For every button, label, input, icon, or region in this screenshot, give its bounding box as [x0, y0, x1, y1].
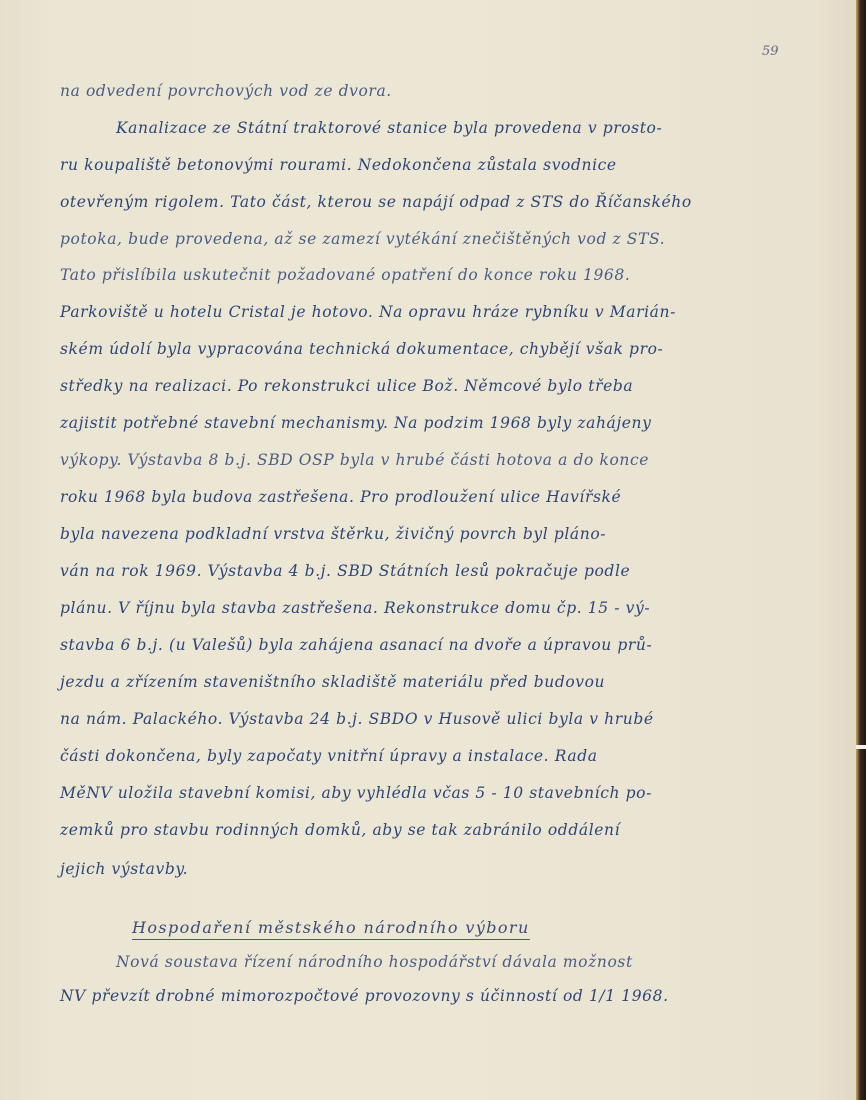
text-line: jejich výstavby.: [60, 860, 188, 878]
binding-notch: [856, 745, 866, 749]
text-line: části dokončena, byly započaty vnitřní ú…: [60, 747, 598, 765]
section-heading: Hospodaření městského národního výboru: [132, 918, 530, 940]
text-line: plánu. V říjnu byla stavba zastřešena. R…: [60, 599, 650, 617]
text-line: Tato přislíbila uskutečnit požadované op…: [60, 266, 630, 284]
text-line: zajistit potřebné stavební mechanismy. N…: [60, 414, 652, 432]
text-line: Parkoviště u hotelu Cristal je hotovo. N…: [60, 303, 676, 321]
handwritten-page: 59 na odvedení povrchových vod ze dvora.…: [0, 0, 856, 1100]
text-line: potoka, bude provedena, až se zamezí vyt…: [60, 230, 665, 248]
book-binding-edge: [856, 0, 866, 1100]
text-line: byla navezena podkladní vrstva štěrku, ž…: [60, 525, 606, 543]
text-line: otevřeným rigolem. Tato část, kterou se …: [60, 193, 692, 211]
paragraph-first-line: Nová soustava řízení národního hospodářs…: [116, 953, 633, 971]
text-line: jezdu a zřízením staveništního skladiště…: [60, 673, 605, 691]
text-line: MěNV uložila stavební komisi, aby vyhléd…: [60, 784, 652, 802]
paragraph-first-line: Kanalizace ze Státní traktorové stanice …: [116, 119, 662, 137]
text-line: ván na rok 1969. Výstavba 4 b.j. SBD Stá…: [60, 562, 630, 580]
text-line: stavba 6 b.j. (u Valešů) byla zahájena a…: [60, 636, 652, 654]
text-line: výkopy. Výstavba 8 b.j. SBD OSP byla v h…: [60, 451, 649, 469]
text-line: zemků pro stavbu rodinných domků, aby se…: [60, 821, 620, 839]
text-line: roku 1968 byla budova zastřešena. Pro pr…: [60, 488, 621, 506]
text-line: na nám. Palackého. Výstavba 24 b.j. SBDO…: [60, 710, 654, 728]
text-line: na odvedení povrchových vod ze dvora.: [60, 82, 392, 100]
text-line: ském údolí byla vypracována technická do…: [60, 340, 663, 358]
page-number: 59: [762, 44, 779, 59]
text-line: NV převzít drobné mimorozpočtové provozo…: [60, 987, 669, 1005]
text-line: ru koupaliště betonovými rourami. Nedoko…: [60, 156, 617, 174]
text-line: středky na realizaci. Po rekonstrukci ul…: [60, 377, 633, 395]
